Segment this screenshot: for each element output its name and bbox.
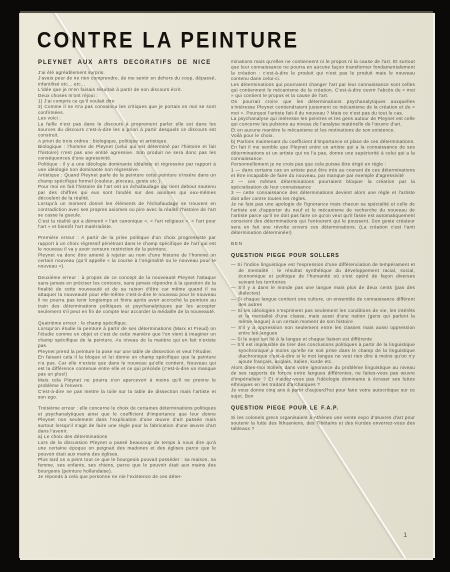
paragraph: Troisième erreur : elle concerne le choi… xyxy=(38,406,216,435)
paragraph: La psychanalyse qui intéresse les peintr… xyxy=(231,116,415,127)
paragraph: 2) Comme il ne m'a pas convaincu les cri… xyxy=(38,104,216,115)
signature: BEN xyxy=(231,241,415,247)
page-subtitle: PLEYNET AUX ARTS DECORATIFS DE NICE xyxy=(38,60,211,66)
paragraph: Deuxième erreur : à propos de ce concept… xyxy=(38,275,216,315)
bullet-item: — Si l'indice linguistique est l'express… xyxy=(231,262,415,285)
bullet-item: — S'il est impossible de tirer des concl… xyxy=(231,342,415,365)
paragraph: En faisant cela il la bloque et lui donn… xyxy=(38,355,216,378)
paragraph: Artistique : Quand Pleynet parle de la p… xyxy=(38,173,216,184)
paragraph: Si les colonels grecs organisaient à Ath… xyxy=(231,415,415,432)
page-number: 1 xyxy=(403,532,407,539)
paragraph: Lorsqu'on étudie la peinture à partir de… xyxy=(38,326,216,349)
bullet-item: — S'il y a dans le monde pas une langue … xyxy=(231,285,415,296)
paragraph: Les déterminations qui pourraient change… xyxy=(231,82,415,99)
section-heading: QUESTION PIEGE POUR LE F.A.P. xyxy=(231,406,415,412)
paragraph: La faille n'est pas dans le discours à p… xyxy=(38,121,216,138)
paragraph: Première erreur : A partir de la prise p… xyxy=(38,235,216,252)
text-column-right: minations mais qu'elles ne contiennent n… xyxy=(231,59,415,558)
paragraph: C'est la réalité qui a démenti « l'art c… xyxy=(38,218,216,229)
text-column-left-content: J'ai été agréablement surpris.J'avais pe… xyxy=(38,70,216,480)
paragraph: 2 — ces mêmes déterminations pourraient … xyxy=(231,179,415,190)
bullet-item: — Si chaque langue contient une culture,… xyxy=(231,296,415,307)
paragraph: Mais cela Pleynet ne pourra s'en apercev… xyxy=(38,377,216,388)
photo-background: CONTRE LA PEINTURE PLEYNET AUX ARTS DECO… xyxy=(0,0,450,572)
document-page: CONTRE LA PEINTURE PLEYNET AUX ARTS DECO… xyxy=(20,13,433,558)
bullet-item: — Si les idéologies n'expriment pas seul… xyxy=(231,308,415,325)
paragraph: Politique : il y a une idéologie dominan… xyxy=(38,161,216,172)
paragraph: minations mais qu'elles ne contiennent n… xyxy=(231,59,415,82)
paragraph: Pleynet va donc être amené à rejeter au … xyxy=(38,252,216,269)
bullet-item: — S'il y a oppression non seulement entr… xyxy=(231,325,415,336)
paragraph: Biologique : l'homme de Pleynet (celui q… xyxy=(38,144,216,161)
paragraph: Lorsqu'à un moment donné les éléments de… xyxy=(38,201,216,218)
paragraph: Je vous donne cinq ans à partir d'aujour… xyxy=(231,388,415,399)
page-title: CONTRE LA PEINTURE xyxy=(37,29,299,54)
section-heading: QUESTION PIEGE POUR SOLLERS xyxy=(231,253,415,259)
paragraph: Pour moi en fait l'histoire de l'art est… xyxy=(38,184,216,201)
paragraph: On pourrait croire que les détermination… xyxy=(231,99,415,116)
paragraph: C'est-à-dire ne pas mettre la toile sur … xyxy=(38,389,216,400)
paragraph: Plus tard on a peint tout ce que le bour… xyxy=(38,457,216,474)
paragraph: En fait il me semble que Pleynet entre u… xyxy=(231,145,415,162)
paragraph: 3 — cette connaissance des détermination… xyxy=(231,190,415,201)
paragraph: 1 — dans certains cas un artiste peut êt… xyxy=(231,167,415,178)
text-column-right-content: minations mais qu'elles ne contiennent n… xyxy=(231,59,415,432)
paragraph: Lors de la discussion Pleynet a passé be… xyxy=(38,440,216,457)
paragraph: Je réponds à cela que personne ne nie l'… xyxy=(38,474,216,480)
paragraph: Alors dites-moi Sollers dans votre ignor… xyxy=(231,365,415,388)
paragraph: J'avais peur de ne rien comprendre, de m… xyxy=(38,76,216,87)
paragraph: Je ne fais pas une apologie de l'ignoran… xyxy=(231,202,415,236)
text-column-left: J'ai été agréablement surpris.J'avais pe… xyxy=(38,70,216,556)
